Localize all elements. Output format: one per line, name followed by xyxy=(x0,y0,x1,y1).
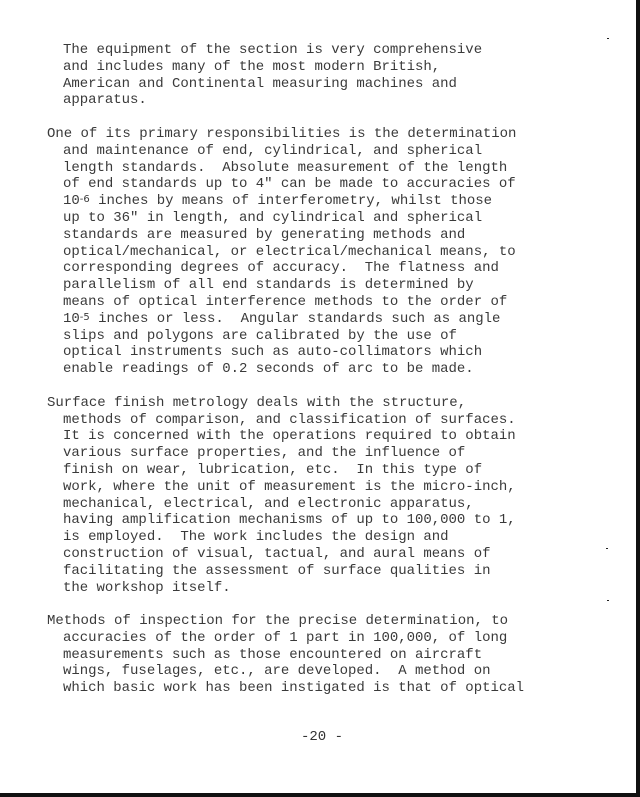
text-line: Surface finish metrology deals with the … xyxy=(47,395,607,412)
text-line: enable readings of 0.2 seconds of arc to… xyxy=(47,361,607,378)
text-line: 10-6 inches by means of interferometry, … xyxy=(47,193,607,210)
paragraph: Methods of inspection for the precise de… xyxy=(47,613,607,697)
typescript-body: The equipment of the section is very com… xyxy=(47,42,607,714)
text-line: finish on wear, lubrication, etc. In thi… xyxy=(47,462,607,479)
exponent: -6 xyxy=(80,194,90,205)
paragraph: One of its primary responsibilities is t… xyxy=(47,126,607,378)
text-line: mechanical, electrical, and electronic a… xyxy=(47,496,607,513)
text-line: parallelism of all end standards is dete… xyxy=(47,277,607,294)
text-line: corresponding degrees of accuracy. The f… xyxy=(47,260,607,277)
text-line: is employed. The work includes the desig… xyxy=(47,529,607,546)
text-line: Methods of inspection for the precise de… xyxy=(47,613,607,630)
text-line: 10-5 inches or less. Angular standards s… xyxy=(47,311,607,328)
scan-speck xyxy=(607,38,609,39)
document-page: The equipment of the section is very com… xyxy=(0,0,640,797)
text-line: apparatus. xyxy=(47,92,607,109)
text-line: American and Continental measuring machi… xyxy=(47,76,607,93)
text-line: and maintenance of end, cylindrical, and… xyxy=(47,143,607,160)
text-line: wings, fuselages, etc., are developed. A… xyxy=(47,663,607,680)
text-line: of end standards up to 4" can be made to… xyxy=(47,176,607,193)
text-line: means of optical interference methods to… xyxy=(47,294,607,311)
text-line: measurements such as those encountered o… xyxy=(47,647,607,664)
paragraph: Surface finish metrology deals with the … xyxy=(47,395,607,597)
paragraph: The equipment of the section is very com… xyxy=(47,42,607,109)
text-line: One of its primary responsibilities is t… xyxy=(47,126,607,143)
text-line: facilitating the assessment of surface q… xyxy=(47,563,607,580)
page-number: -20 - xyxy=(0,729,640,745)
exponent: -5 xyxy=(80,312,90,323)
scan-speck xyxy=(606,548,608,549)
text-line: methods of comparison, and classificatio… xyxy=(47,412,607,429)
text-line: optical/mechanical, or electrical/mechan… xyxy=(47,244,607,261)
text-line: The equipment of the section is very com… xyxy=(47,42,607,59)
text-line: accuracies of the order of 1 part in 100… xyxy=(47,630,607,647)
scan-speck xyxy=(607,600,609,601)
text-line: length standards. Absolute measurement o… xyxy=(47,160,607,177)
text-line: which basic work has been instigated is … xyxy=(47,680,607,697)
text-line: various surface properties, and the infl… xyxy=(47,445,607,462)
text-line: construction of visual, tactual, and aur… xyxy=(47,546,607,563)
text-line: It is concerned with the operations requ… xyxy=(47,428,607,445)
text-line: slips and polygons are calibrated by the… xyxy=(47,328,607,345)
text-line: up to 36" in length, and cylindrical and… xyxy=(47,210,607,227)
text-line: optical instruments such as auto-collima… xyxy=(47,344,607,361)
text-line: work, where the unit of measurement is t… xyxy=(47,479,607,496)
text-line: standards are measured by generating met… xyxy=(47,227,607,244)
text-line: the workshop itself. xyxy=(47,580,607,597)
text-line: and includes many of the most modern Bri… xyxy=(47,59,607,76)
text-line: having amplification mechanisms of up to… xyxy=(47,512,607,529)
